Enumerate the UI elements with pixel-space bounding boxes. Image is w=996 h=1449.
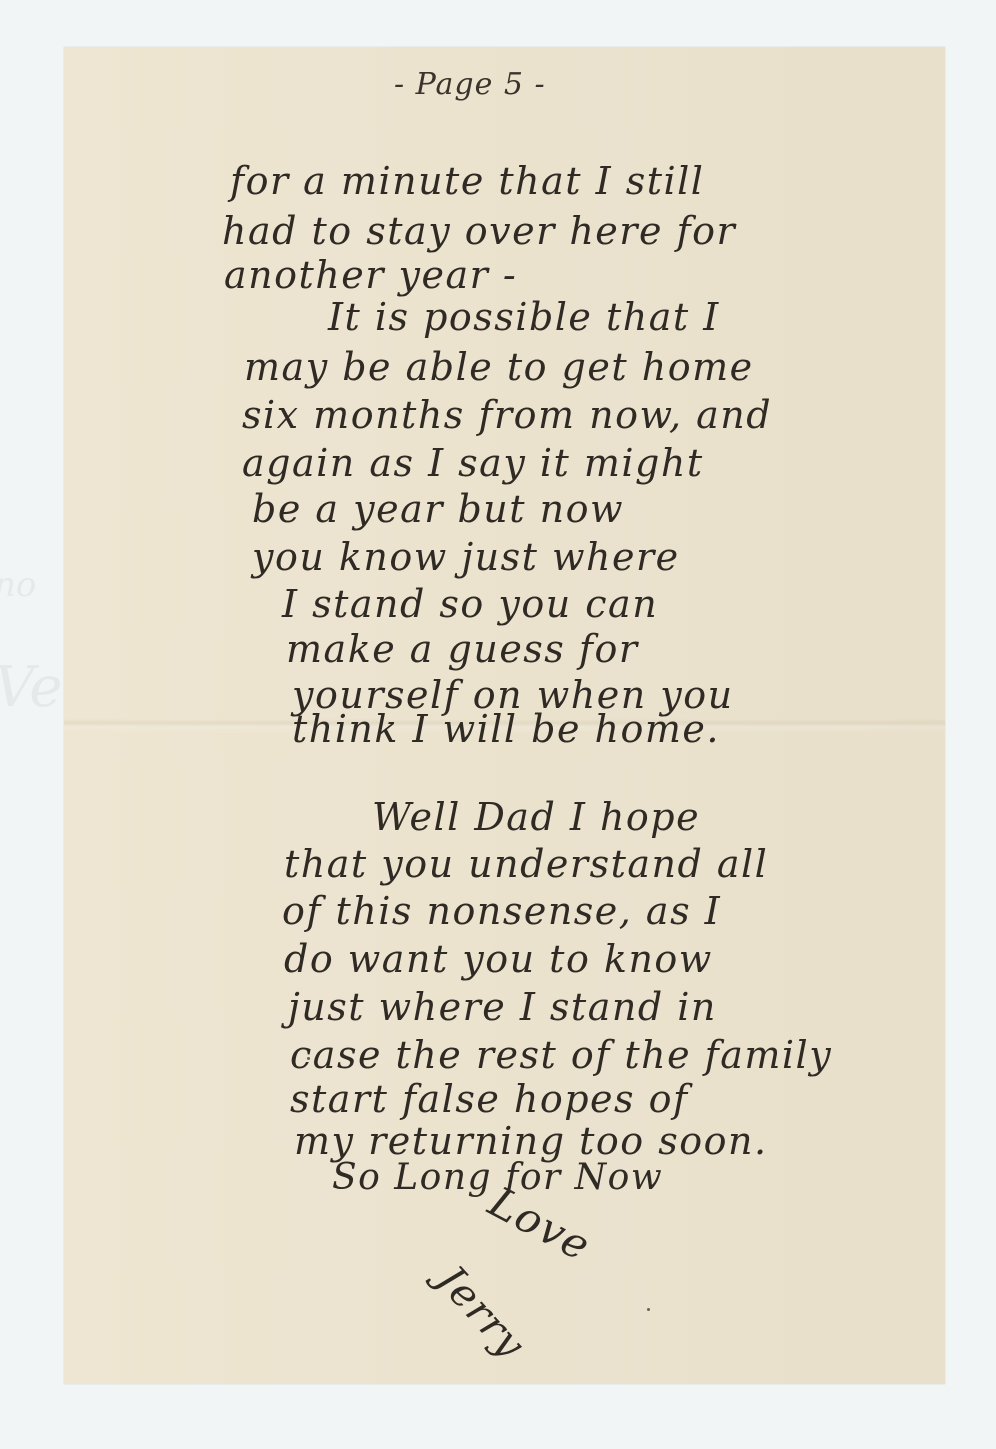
letter-line: I stand so you can	[282, 582, 658, 626]
letter-line: It is possible that I	[328, 295, 720, 339]
letter-page: - Page 5 - for a minute that I still had…	[64, 47, 945, 1384]
letter-line: six months from now, and	[242, 393, 772, 437]
letter-line: case the rest of the family	[290, 1033, 832, 1077]
page-number-label: - Page 5 -	[394, 67, 546, 102]
letter-line: Well Dad I hope	[372, 795, 700, 839]
ink-speck	[647, 1308, 650, 1311]
letter-line: another year -	[224, 253, 517, 297]
letter-line: be a year but now	[252, 487, 624, 531]
letter-signature: Jerry	[428, 1257, 534, 1368]
letter-line: that you understand all	[284, 842, 768, 886]
letter-line: just where I stand in	[288, 985, 717, 1029]
ink-speck	[307, 1057, 310, 1060]
letter-line: think I will be home.	[292, 707, 720, 751]
letter-line: again as I say it might	[242, 441, 704, 485]
letter-line: you know just where	[252, 535, 680, 579]
letter-line: for a minute that I still	[230, 159, 704, 203]
bleed-through-watermark: Ve	[0, 655, 62, 720]
letter-line: start false hopes of	[290, 1077, 689, 1121]
bleed-through-watermark: no	[0, 565, 36, 605]
letter-line: do want you to know	[284, 937, 713, 981]
letter-line: make a guess for	[286, 627, 639, 671]
scan-background: no Ve - Page 5 - for a minute that I sti…	[0, 0, 996, 1449]
letter-line: may be able to get home	[244, 345, 754, 389]
letter-line: had to stay over here for	[222, 209, 736, 253]
letter-line: of this nonsense, as I	[282, 889, 721, 933]
